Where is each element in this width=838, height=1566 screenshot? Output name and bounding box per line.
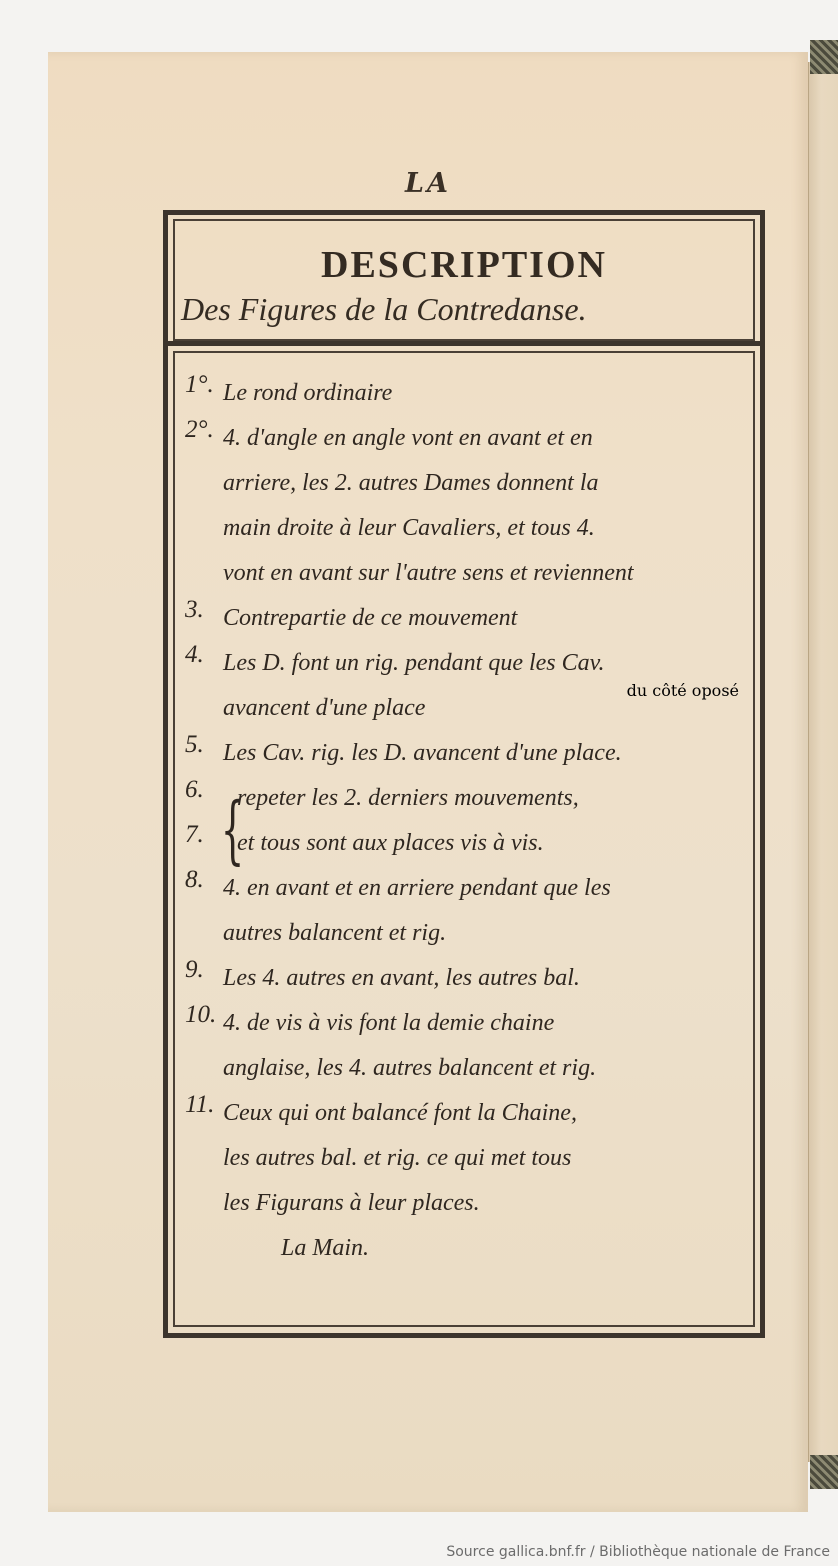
figure-entry: 2°. 4. d'angle en angle vont en avant et…	[185, 416, 749, 596]
figures-box: du côté oposé { 1°. Le rond ordinaire 2°…	[173, 351, 755, 1327]
entry-number: 4.	[185, 641, 223, 731]
figure-entry: 11. Ceux qui ont balancé font la Chaine,…	[185, 1091, 749, 1226]
entry-line: les Figurans à leur places.	[223, 1181, 749, 1226]
figure-entry: 9. Les 4. autres en avant, les autres ba…	[185, 956, 749, 1001]
entry-line: 4. en avant et en arriere pendant que le…	[223, 866, 749, 911]
entry-line: Contrepartie de ce mouvement	[223, 596, 749, 641]
page-subtitle: Des Figures de la Contredanse.	[181, 291, 753, 328]
entry-line: vont en avant sur l'autre sens et revien…	[223, 551, 749, 596]
entry-line: Le rond ordinaire	[223, 371, 749, 416]
figure-entry: 4. Les D. font un rig. pendant que les C…	[185, 641, 749, 731]
entry-line: Les 4. autres en avant, les autres bal.	[223, 956, 749, 1001]
title-box: DESCRIPTION Des Figures de la Contredans…	[173, 219, 755, 341]
figure-entry: 7. et tous sont aux places vis à vis.	[185, 821, 749, 866]
entry-line: Ceux qui ont balancé font la Chaine,	[223, 1091, 749, 1136]
figure-entry: 6. repeter les 2. derniers mouvements,	[185, 776, 749, 821]
figure-entry: 8. 4. en avant et en arriere pendant que…	[185, 866, 749, 956]
entry-number: 1°.	[185, 371, 223, 416]
entry-number: 7.	[185, 821, 223, 866]
entry-line: et tous sont aux places vis à vis.	[237, 821, 749, 866]
engraved-frame: DESCRIPTION Des Figures de la Contredans…	[163, 210, 765, 1338]
entry-number: 6.	[185, 776, 223, 821]
entry-number: 11.	[185, 1091, 223, 1226]
entry-number: 8.	[185, 866, 223, 956]
entry-number: 2°.	[185, 416, 223, 596]
running-head: LA	[48, 168, 808, 199]
binding-bottom	[810, 1455, 838, 1489]
entry-line: Les D. font un rig. pendant que les Cav.	[223, 641, 749, 686]
adjacent-page-edge	[808, 62, 838, 1462]
book-page: LA DESCRIPTION Des Figures de la Contred…	[48, 52, 808, 1512]
entry-number: 10.	[185, 1001, 223, 1091]
binding-top	[810, 40, 838, 74]
entry-line: autres balancent et rig.	[223, 911, 749, 956]
entry-line: repeter les 2. derniers mouvements,	[237, 776, 749, 821]
entry-line: les autres bal. et rig. ce qui met tous	[223, 1136, 749, 1181]
entry-line: avancent d'une place	[223, 686, 749, 731]
entry-number: 3.	[185, 596, 223, 641]
source-credit: Source gallica.bnf.fr / Bibliothèque nat…	[446, 1544, 830, 1560]
entry-line: arriere, les 2. autres Dames donnent la	[223, 461, 749, 506]
figure-entry: 10. 4. de vis à vis font la demie chaine…	[185, 1001, 749, 1091]
entry-number: 5.	[185, 731, 223, 776]
entry-line: 4. d'angle en angle vont en avant et en	[223, 416, 749, 461]
signature: La Main.	[185, 1226, 749, 1271]
figure-entry: 3. Contrepartie de ce mouvement	[185, 596, 749, 641]
entry-number: 9.	[185, 956, 223, 1001]
entry-line: main droite à leur Cavaliers, et tous 4.	[223, 506, 749, 551]
figures-list: 1°. Le rond ordinaire 2°. 4. d'angle en …	[185, 371, 749, 1271]
figure-entry: 1°. Le rond ordinaire	[185, 371, 749, 416]
entry-line: Les Cav. rig. les D. avancent d'une plac…	[223, 731, 749, 776]
figure-entry: 5. Les Cav. rig. les D. avancent d'une p…	[185, 731, 749, 776]
entry-line: 4. de vis à vis font la demie chaine	[223, 1001, 749, 1046]
entry-line: anglaise, les 4. autres balancent et rig…	[223, 1046, 749, 1091]
title-divider	[168, 341, 760, 346]
page-title: DESCRIPTION	[175, 243, 753, 287]
